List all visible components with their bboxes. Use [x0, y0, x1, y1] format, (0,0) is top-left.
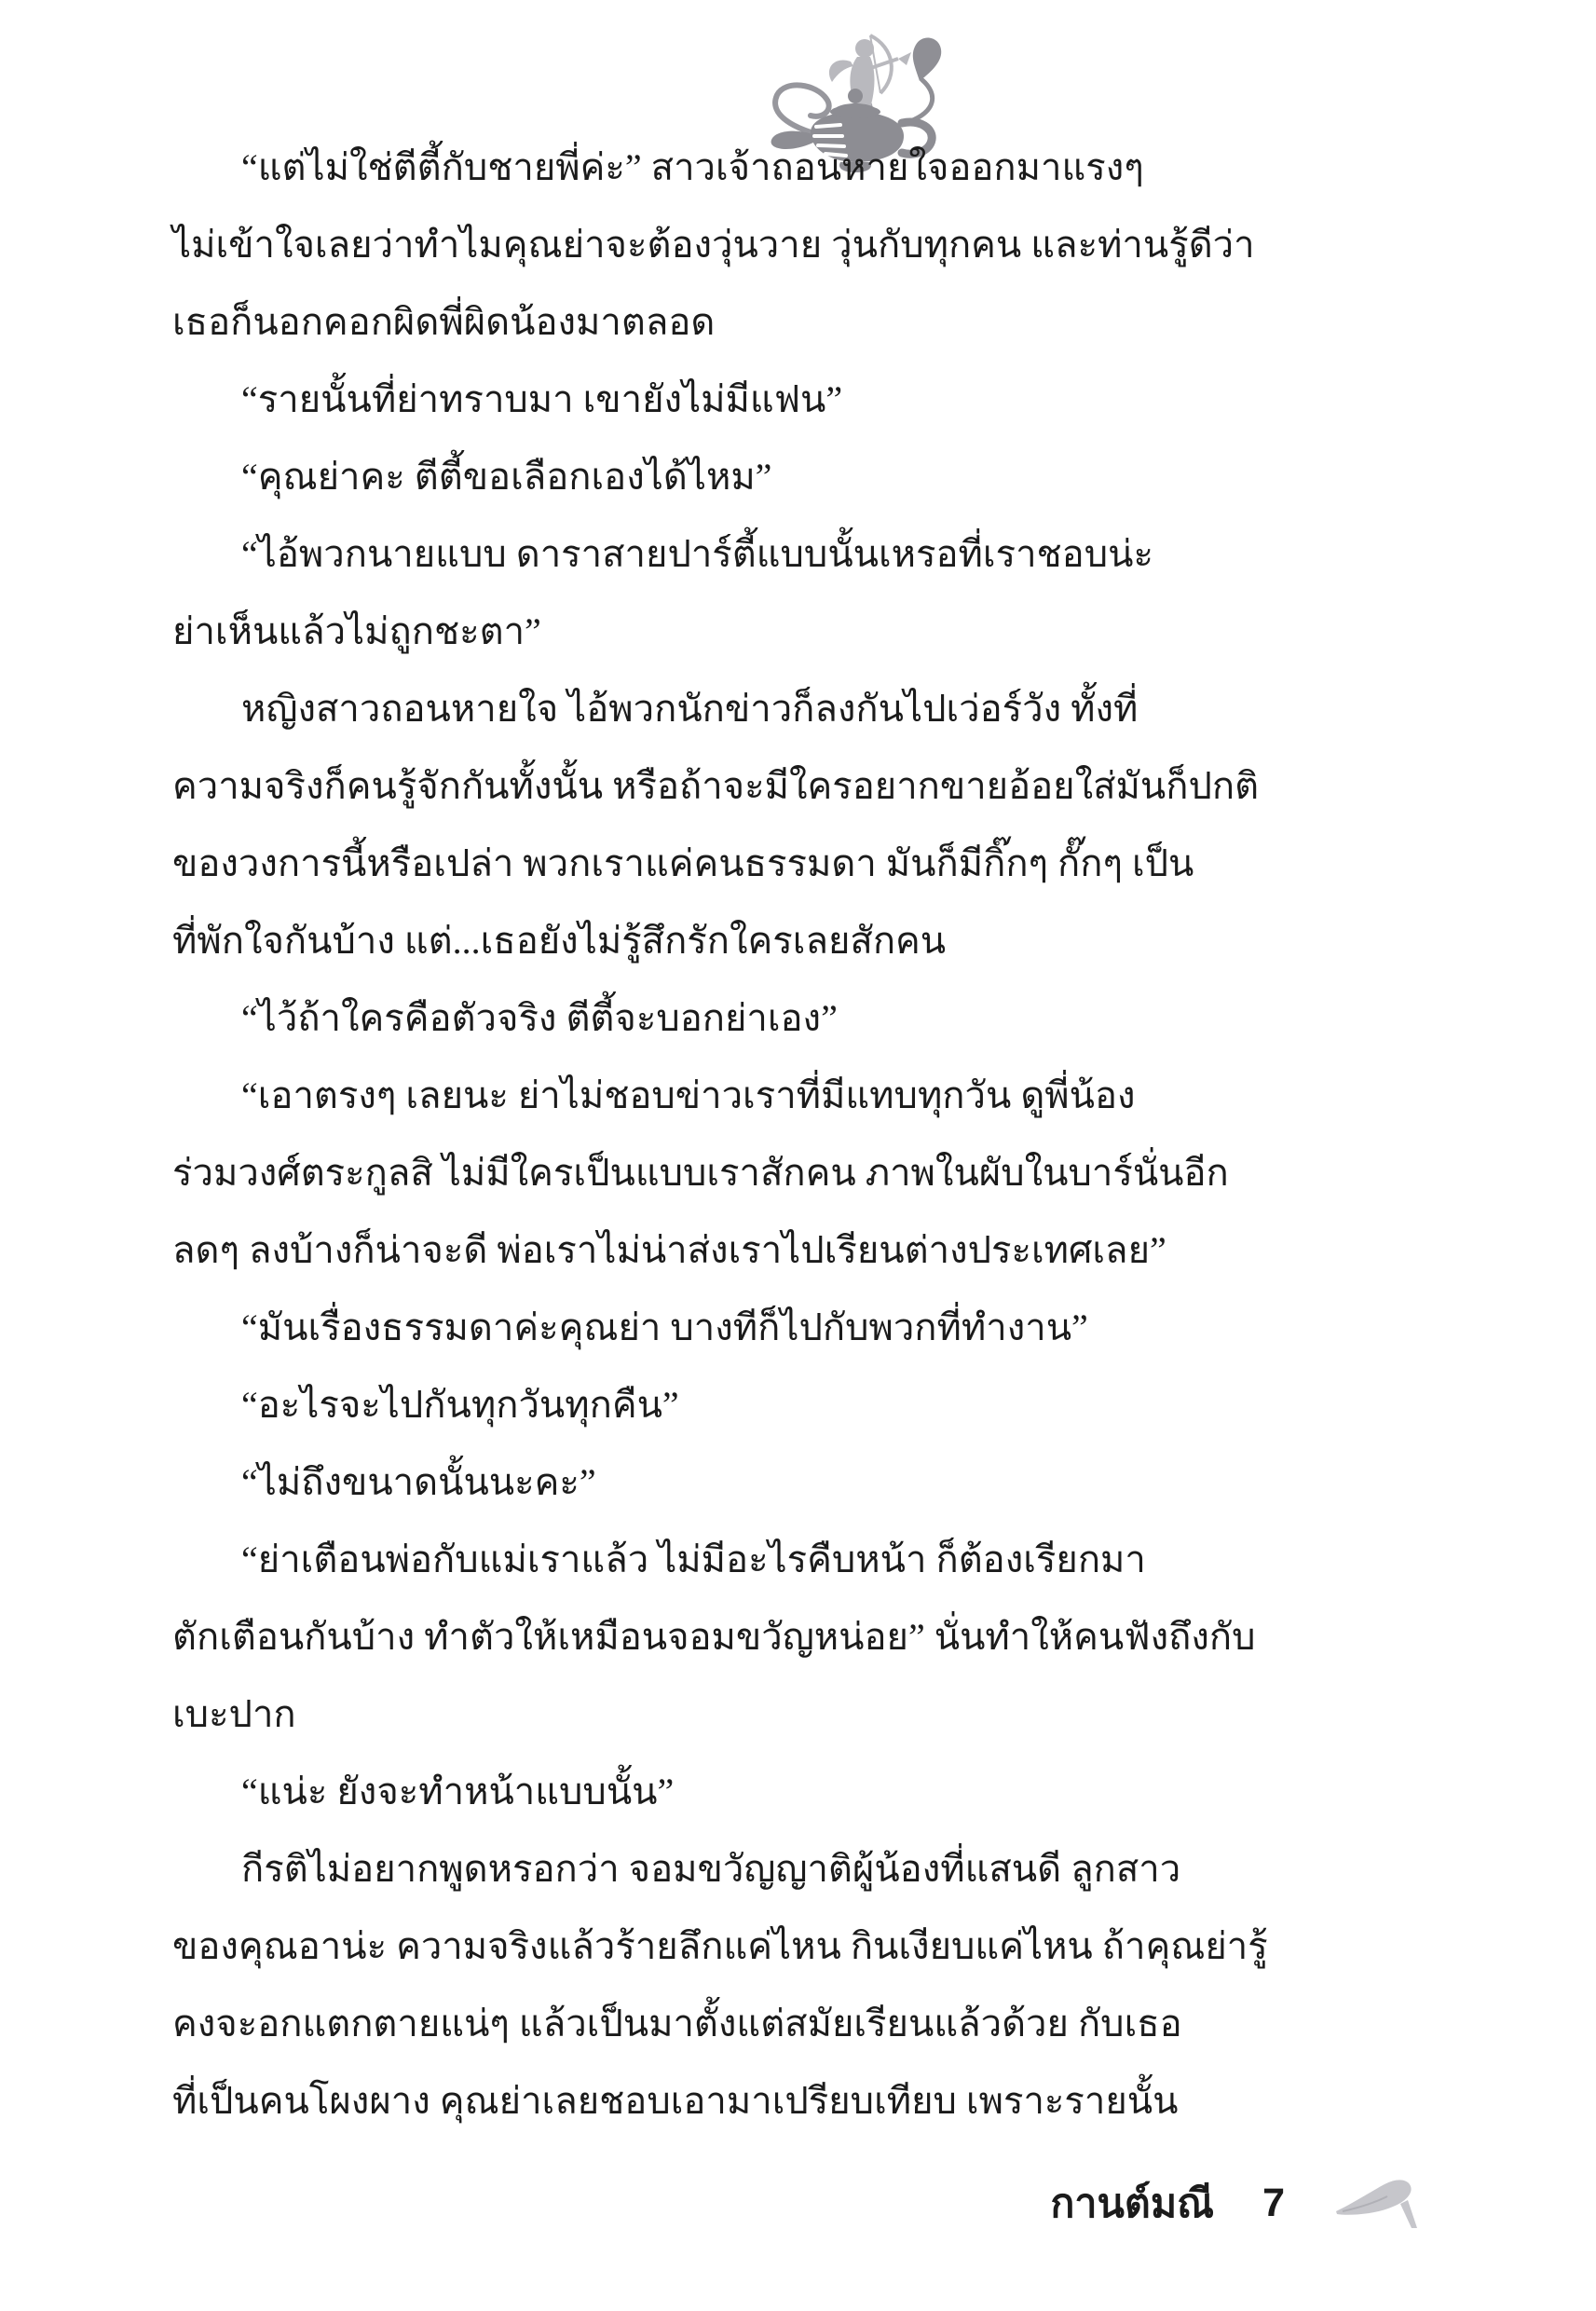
text-line: กีรติไม่อยากพูดหรอกว่า จอมขวัญญาติผู้น้อ… [172, 1830, 1444, 1908]
text-line: “รายนั้นที่ย่าทราบมา เขายังไม่มีแฟน” [172, 361, 1444, 438]
text-line: “แน่ะ ยังจะทำหน้าแบบนั้น” [172, 1753, 1444, 1830]
text-line: ความจริงก็คนรู้จักกันทั้งนั้น หรือถ้าจะม… [172, 747, 1444, 825]
text-line: ที่เป็นคนโผงผาง คุณย่าเลยชอบเอามาเปรียบเ… [172, 2062, 1444, 2140]
text-line: ย่าเห็นแล้วไม่ถูกชะตา” [172, 593, 1444, 670]
page-number: 7 [1262, 2181, 1285, 2226]
text-line: ตักเตือนกันบ้าง ทำตัวให้เหมือนจอมขวัญหน่… [172, 1598, 1444, 1675]
book-title: กานต์มณี [1050, 2171, 1214, 2235]
text-line: “ย่าเตือนพ่อกับแม่เราแล้ว ไม่มีอะไรคืบหน… [172, 1521, 1444, 1598]
text-line: ของคุณอาน่ะ ความจริงแล้วร้ายลึกแค่ไหน กิ… [172, 1908, 1444, 1985]
text-line: ลดๆ ลงบ้างก็น่าจะดี พ่อเราไม่น่าส่งเราไป… [172, 1211, 1444, 1289]
text-line: “ไม่ถึงขนาดนั้นนะคะ” [172, 1443, 1444, 1521]
text-line: “เอาตรงๆ เลยนะ ย่าไม่ชอบข่าวเราที่มีแทบท… [172, 1057, 1444, 1134]
body-text: “แต่ไม่ใช่ตีตี้กับชายพี่ค่ะ” สาวเจ้าถอนห… [172, 129, 1444, 2140]
page-footer: กานต์มณี 7 [1050, 2171, 1419, 2235]
text-line: ร่วมวงศ์ตระกูลสิ ไม่มีใครเป็นแบบเราสักคน… [172, 1134, 1444, 1211]
book-page: { "ornament": { "icon": "cupid-genie-lam… [0, 0, 1596, 2311]
text-line: ของวงการนี้หรือเปล่า พวกเราแค่คนธรรมดา ม… [172, 825, 1444, 902]
text-line: เบะปาก [172, 1675, 1444, 1753]
text-line: “อะไรจะไปกันทุกวันทุกคืน” [172, 1366, 1444, 1443]
text-line: หญิงสาวถอนหายใจ ไอ้พวกนักข่าวก็ลงกันไปเว… [172, 670, 1444, 747]
text-line: เธอก็นอกคอกผิดพี่ผิดน้องมาตลอด [172, 283, 1444, 361]
text-line: “ไอ้พวกนายแบบ ดาราสายปาร์ตี้แบบนั้นเหรอท… [172, 515, 1444, 593]
text-line: “มันเรื่องธรรมดาค่ะคุณย่า บางทีก็ไปกับพว… [172, 1289, 1444, 1366]
text-line: “ไว้ถ้าใครคือตัวจริง ตีตี้จะบอกย่าเอง” [172, 979, 1444, 1057]
text-line: “คุณย่าคะ ตีตี้ขอเลือกเองได้ไหม” [172, 438, 1444, 515]
text-line: ไม่เข้าใจเลยว่าทำไมคุณย่าจะต้องวุ่นวาย ว… [172, 206, 1444, 283]
text-line: คงจะอกแตกตายแน่ๆ แล้วเป็นมาตั้งแต่สมัยเร… [172, 1985, 1444, 2062]
text-line: ที่พักใจกันบ้าง แต่...เธอยังไม่รู้สึกรัก… [172, 902, 1444, 979]
text-line: “แต่ไม่ใช่ตีตี้กับชายพี่ค่ะ” สาวเจ้าถอนห… [172, 129, 1444, 206]
high-heel-shoe-icon [1333, 2174, 1419, 2232]
